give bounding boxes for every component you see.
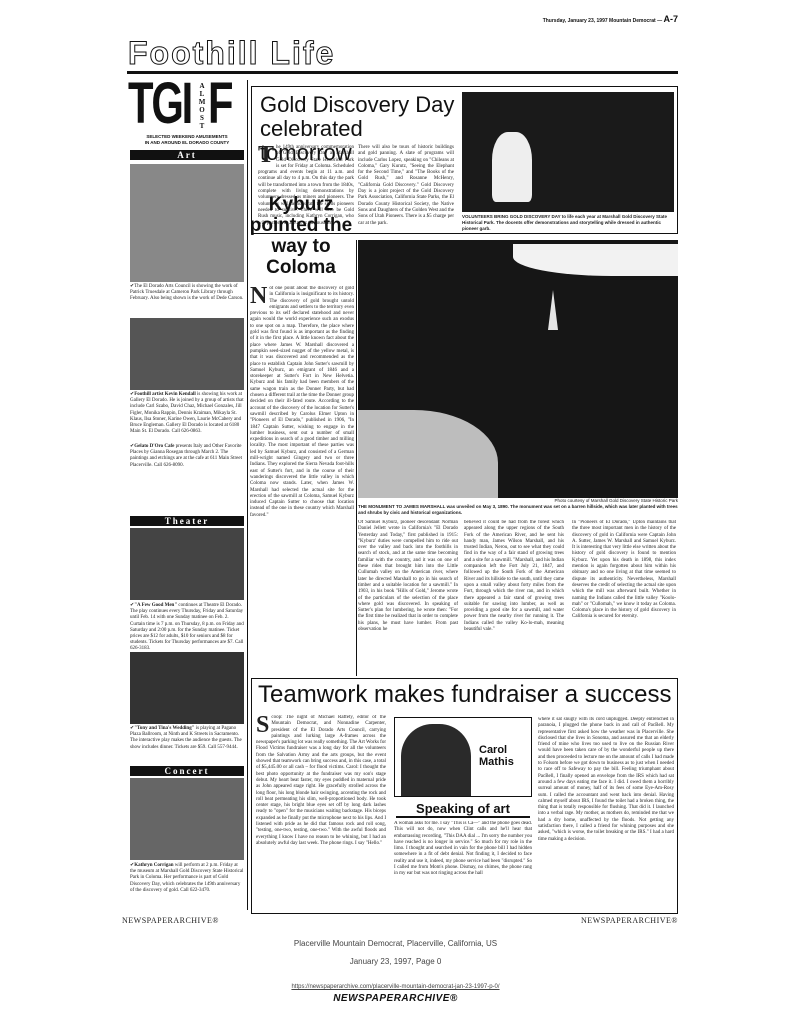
dropcap: N (250, 286, 267, 306)
section-masthead: Foothill Life (128, 36, 335, 70)
teamwork-headline: Teamwork makes fundraiser a success (258, 681, 671, 709)
almost-letter: S (197, 114, 207, 122)
concert-caption: ✔Kathryn Corrigan will perform at 2 p.m.… (130, 863, 244, 894)
kyburz-headline: Kyburz pointed the way to Coloma (248, 194, 354, 278)
newspaper-page: Thursday, January 23, 1997 Mountain Demo… (118, 0, 678, 935)
teamwork-article: Teamwork makes fundraiser a success Scoo… (251, 678, 678, 914)
subtitle-line: IN AND AROUND EL DORADO COUNTY (128, 140, 246, 146)
columnist-name: Carol Mathis (479, 744, 514, 768)
columnist-first-name: Carol (479, 744, 514, 756)
theater-photo-1 (130, 528, 244, 600)
art-photo-portrait (130, 164, 244, 282)
teamwork-col2: A woman asks for me. I say "This is Ca—"… (394, 821, 532, 911)
dateline: Thursday, January 23, 1997 Mountain Demo… (543, 14, 678, 24)
teamwork-col1: Scoop: The night of Michael Raffety, edi… (256, 715, 386, 911)
theater-photo-2 (130, 652, 244, 724)
kyburz-col4: In "Pioneers of El Dorado," Upton mainta… (572, 520, 676, 676)
art-photo-trees (130, 318, 244, 390)
almost-letter: L (197, 90, 207, 98)
section-art: Art (130, 150, 244, 160)
photo-sky (513, 244, 678, 276)
section-theater: Theater (130, 516, 244, 526)
kyburz-col3: believed it could be had from the forest… (464, 520, 564, 676)
art-caption-1: ✔The El Dorado Arts Council is showing t… (130, 284, 244, 303)
watermark-right: NEWSPAPERARCHIVE® (581, 916, 678, 925)
tgif-f: F (208, 74, 234, 134)
theater-caption-1: ✔"A Few Good Men" continues at Theatre E… (130, 603, 244, 653)
kyburz-col2: Of Samuel Kyburz, pioneer descendant Nor… (358, 520, 458, 676)
kyburz-col1: Not one point about the discovery of gol… (250, 286, 354, 666)
photo-figure (492, 132, 532, 202)
tgif-logo: TGI A L M O S T F (128, 78, 246, 132)
footer-brand-wrap: NEWSPAPERARCHIVE® (0, 988, 791, 1006)
dateline-text: Thursday, January 23, 1997 Mountain Demo… (543, 18, 662, 24)
tgif-letters: TGI (128, 74, 191, 134)
columnist-photo (401, 724, 471, 796)
tgif-subtitle: SELECTED WEEKEND AMUSEMENTS IN AND AROUN… (128, 134, 246, 146)
footer-brand: NEWSPAPERARCHIVE® (333, 993, 458, 1004)
gold-discovery-col2: There will also be tours of historic bui… (358, 145, 454, 227)
art-caption-2: ✔Foothill artist Kevin Kendall is showin… (130, 392, 244, 435)
gold-discovery-photo (462, 92, 674, 212)
tgif-column: TGI A L M O S T F SELECTED WEEKEND AMUSE… (128, 78, 246, 908)
gold-discovery-caption: VOLUNTEERS BRING GOLD DISCOVERY DAY to l… (462, 214, 674, 233)
almost-letter: O (197, 106, 207, 114)
photo-hillside (358, 410, 498, 498)
almost-letter: T (197, 122, 207, 130)
column-name: Speaking of art (396, 801, 530, 818)
photo-monument (548, 290, 558, 330)
concert-photo (130, 778, 244, 860)
columnist-last-name: Mathis (479, 756, 514, 768)
kyburz-monument-photo (358, 240, 678, 498)
dropcap: T (258, 145, 274, 165)
footer-date: January 23, 1997, Page 0 (0, 957, 791, 966)
dropcap: S (256, 715, 269, 735)
almost-letter: A (197, 82, 207, 90)
teamwork-col3: where it sat snugly with its cord unplug… (538, 717, 674, 911)
watermark-left: NEWSPAPERARCHIVE® (122, 916, 219, 925)
kyburz-photo-caption: THE MONUMENT TO JAMES MARSHALL was unvei… (358, 504, 678, 516)
columnist-box: Carol Mathis (394, 717, 532, 797)
footer-source: Placerville Mountain Democrat, Placervil… (0, 939, 791, 948)
column-rule (356, 240, 357, 676)
art-caption-3: ✔Gelato D'Oro Cafe presents Italy and Ot… (130, 444, 244, 469)
almost-letter: M (197, 98, 207, 106)
almost-vertical: A L M O S T (197, 82, 207, 130)
section-concert: Concert (130, 766, 244, 776)
theater-caption-2: ✔"Tony and Tina's Wedding" is playing at… (130, 726, 244, 751)
page-number: A-7 (663, 14, 678, 24)
headline-line: Gold Discovery Day (260, 93, 460, 117)
